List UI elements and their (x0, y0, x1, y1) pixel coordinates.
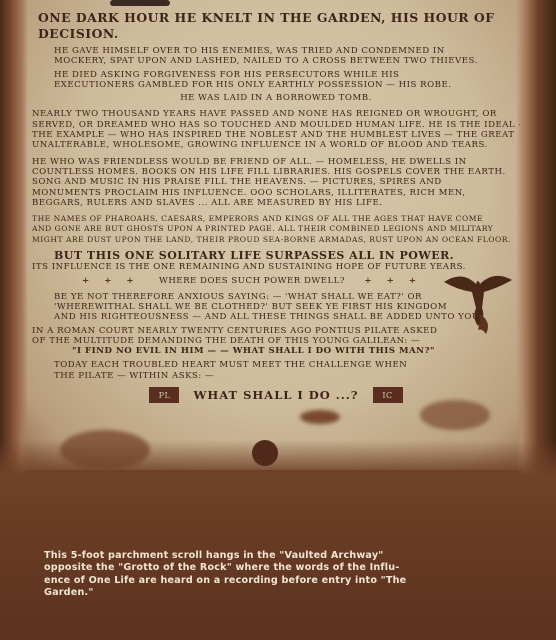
paragraph-pharoahs: The names of Pharoahs, Caesars, Emperors… (32, 214, 520, 245)
text-line: countless homes. Books on His Life fill … (32, 167, 520, 177)
stain (300, 410, 340, 424)
text-line: Nearly two thousand years have passed an… (32, 109, 520, 119)
pilate-quote: "I find no evil in Him — — What shall I … (32, 346, 520, 356)
text-line: Song and music in His praise fill the he… (32, 177, 520, 187)
paragraph-forgiveness: He died asking forgiveness for His perse… (32, 70, 520, 91)
text-line: mockery, spat upon and lashed, nailed to… (54, 56, 520, 66)
text-line: the example — who has inspired the noble… (32, 130, 520, 140)
text-line: He gave Himself over to His enemies, was… (54, 46, 520, 56)
caption-line: opposite the "Grotto of the Rock" where … (44, 562, 444, 574)
scroll-heading: One dark hour He knelt in the Garden, Hi… (38, 10, 520, 42)
power-line: But this one solitary Life surpasses all… (32, 249, 520, 262)
text-line: Be ye not therefore anxious saying: — 'W… (54, 292, 520, 302)
text-line: Today each troubled heart must meet the … (54, 360, 520, 370)
scroll-edge-left (0, 0, 28, 500)
paragraph-tomb: He was laid in a borrowed tomb. (32, 93, 520, 103)
caption-line: This 5-foot parchment scroll hangs in th… (44, 550, 444, 562)
wax-seal (252, 440, 278, 466)
hope-line: Its influence is the one remaining and s… (32, 262, 520, 272)
text-line: monuments proclaim His influence. ooo Sc… (32, 188, 520, 198)
photo-caption: This 5-foot parchment scroll hangs in th… (44, 550, 444, 600)
text-line: might are dust upon the land, their prou… (32, 235, 520, 245)
caption-line: ence of One Life are heard on a recordin… (44, 575, 444, 587)
ornament-box-left: Pl (149, 387, 179, 403)
stars-left-icon: + + + (82, 276, 140, 286)
text-line: the Pilate — within asks: — (54, 371, 520, 381)
final-question: What shall I do ...? (193, 388, 358, 402)
dwell-row: + + + Where does such power dwell? + + + (32, 276, 520, 286)
text-line: of the multitude demanding the death of … (32, 336, 520, 346)
text-line: served, or dreamed who has so touched an… (32, 120, 520, 130)
scroll-photo: One dark hour He knelt in the Garden, Hi… (0, 0, 556, 640)
scroll-bottom-damage (0, 440, 556, 640)
text-line: He was laid in a borrowed tomb. (32, 93, 520, 103)
final-question-row: Pl What shall I do ...? Ic (32, 387, 520, 403)
dwell-question: Where does such power dwell? (159, 276, 345, 286)
scripture-passage: Be ye not therefore anxious saying: — 'W… (32, 292, 520, 323)
stain (420, 400, 490, 430)
today-passage: Today each troubled heart must meet the … (32, 360, 520, 381)
scroll-text: One dark hour He knelt in the Garden, Hi… (32, 10, 520, 403)
paragraph-friendless: He who was friendless would be friend of… (32, 157, 520, 208)
paragraph-two-thousand-years: Nearly two thousand years have passed an… (32, 109, 520, 150)
text-line: and His righteousness — and all these th… (54, 312, 520, 322)
text-line: unalterable, wholesome, growing influenc… (32, 140, 520, 150)
caption-line: Garden." (44, 587, 444, 599)
ornament-box-right: Ic (373, 387, 403, 403)
text-line: In a Roman court nearly twenty centuries… (32, 326, 520, 336)
hanging-rod (110, 0, 170, 6)
text-line: He who was friendless would be friend of… (32, 157, 520, 167)
text-line: beggars, rulers and slaves ... all are m… (32, 198, 520, 208)
text-line: He died asking forgiveness for His perse… (54, 70, 520, 80)
pilate-passage: In a Roman court nearly twenty centuries… (32, 326, 520, 357)
text-line: The names of Pharoahs, Caesars, Emperors… (32, 214, 520, 224)
text-line: and gone are but ghosts upon a printed p… (32, 224, 520, 234)
stars-right-icon: + + + (364, 276, 422, 286)
text-line: 'Wherewithal shall we be clothed?' But s… (54, 302, 520, 312)
paragraph-betrayal: He gave Himself over to His enemies, was… (32, 46, 520, 67)
text-line: executioners gambled for His only earthl… (54, 80, 520, 90)
